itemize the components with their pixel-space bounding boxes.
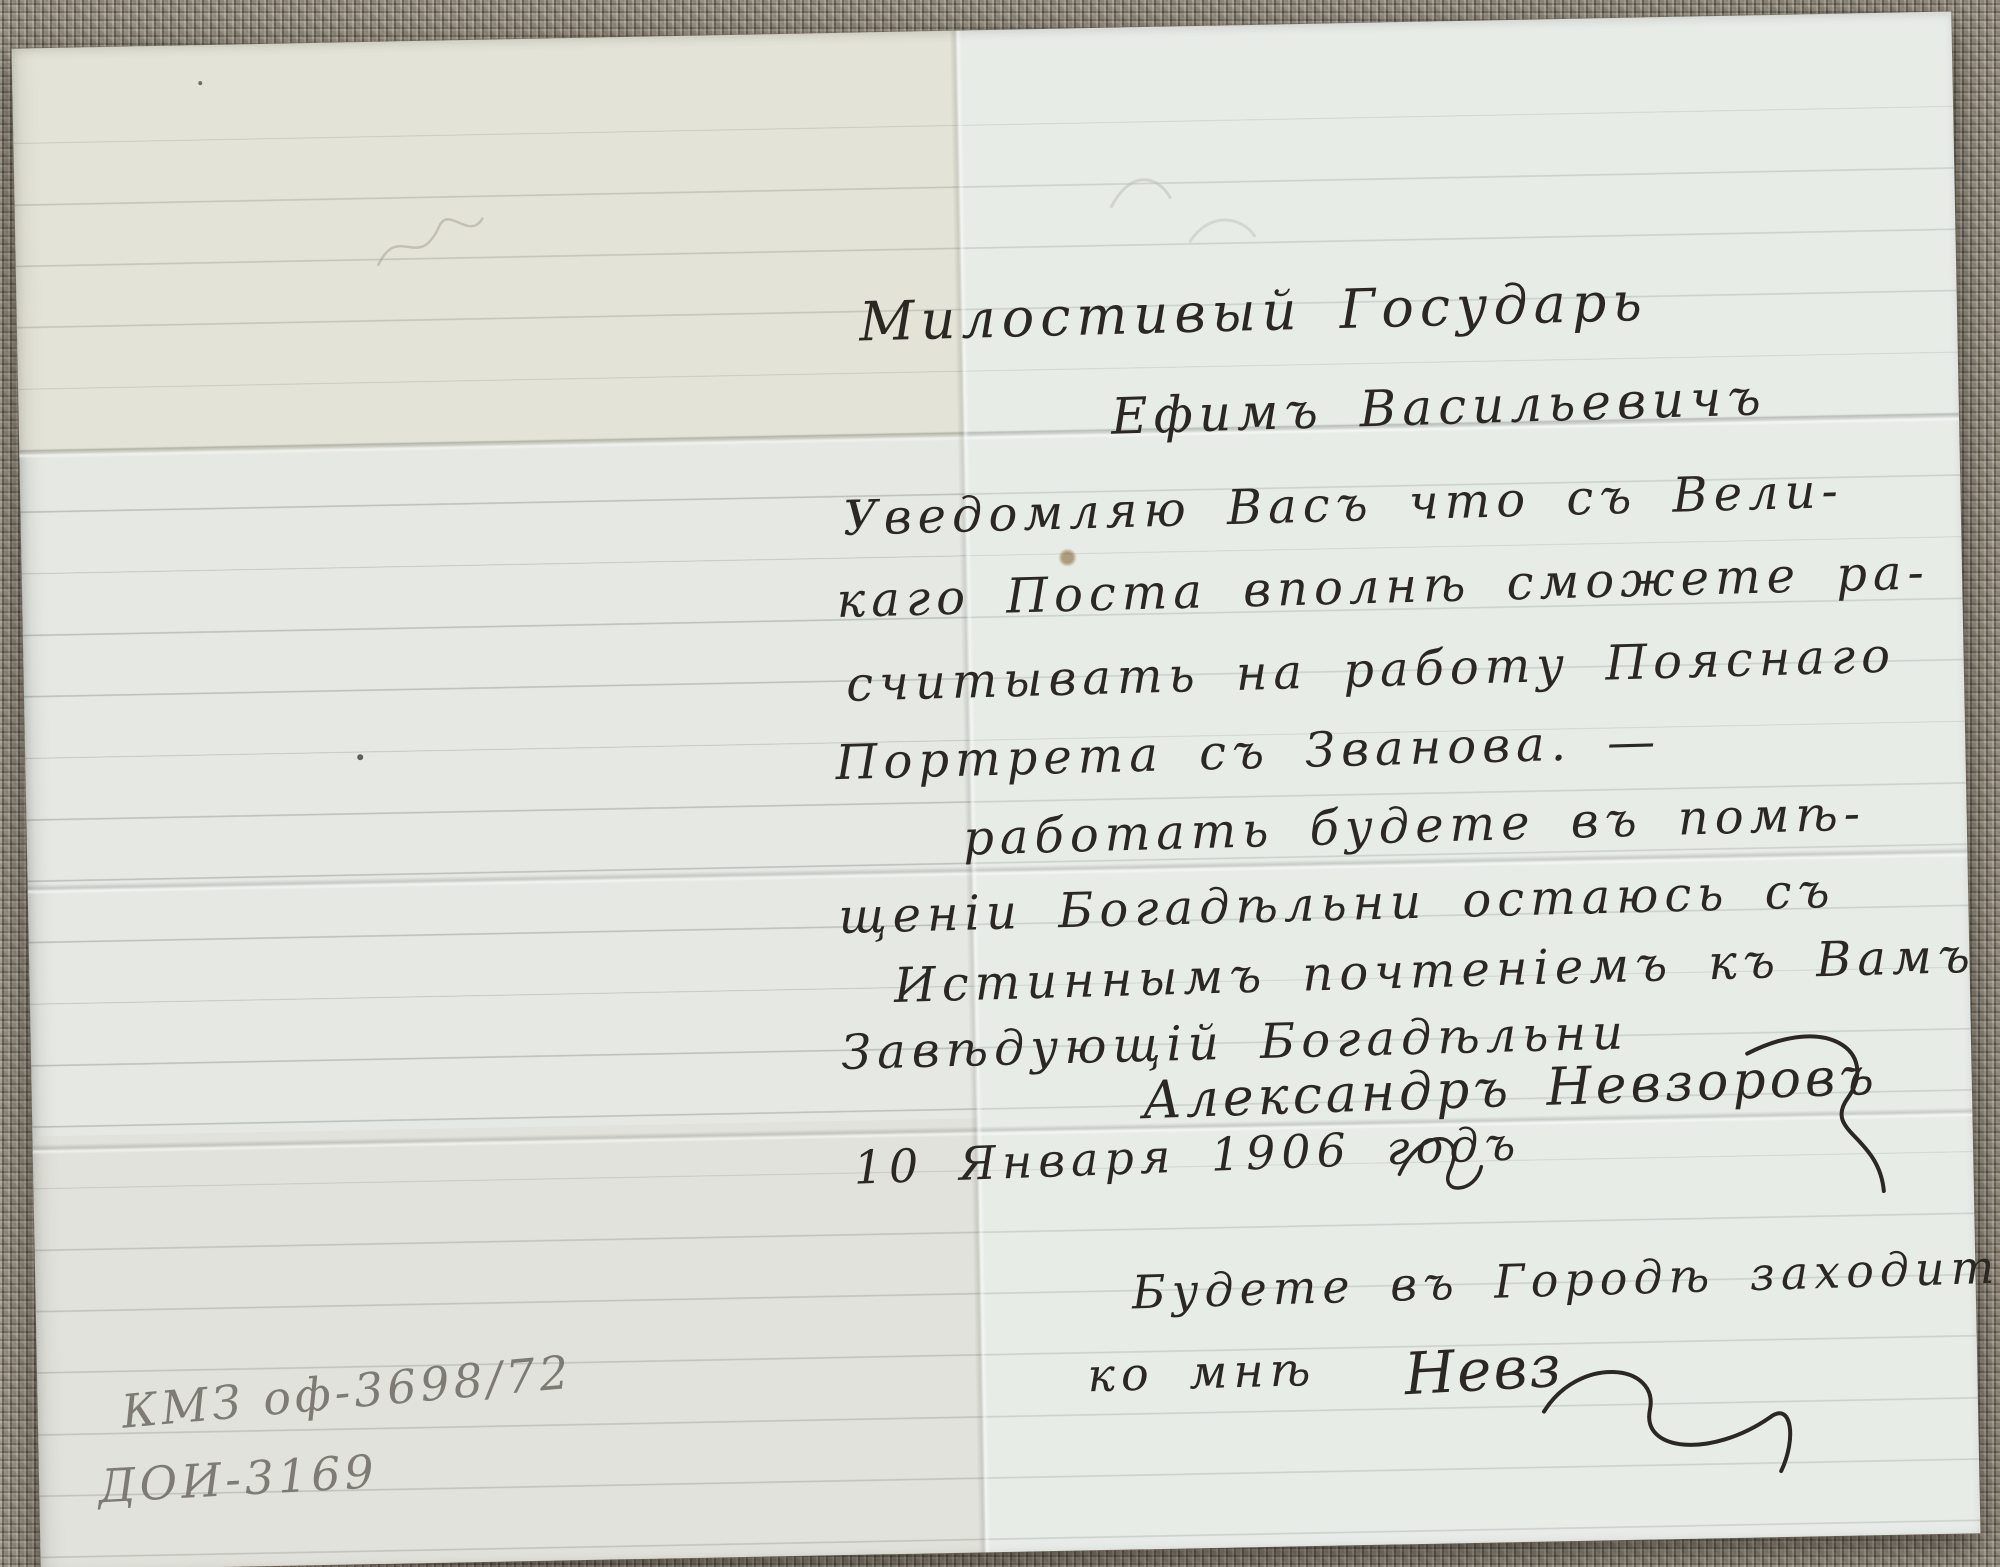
postscript-line: ко мнѣ <box>1087 1342 1317 1402</box>
ghost-mark <box>1092 153 1274 266</box>
photo-background: { "letter": { "salutation_line1": "Милос… <box>0 0 2000 1567</box>
letter-paper: Милостивый Государь Ефимъ Васильевичъ Ув… <box>12 12 1981 1567</box>
postscript-signature-flourish <box>1537 1345 1810 1510</box>
date-flourish <box>1392 1117 1489 1204</box>
pencil-scribble <box>365 198 497 290</box>
signature-flourish <box>1729 1019 1903 1212</box>
paper-speck <box>198 81 202 85</box>
ink-dot <box>357 754 363 760</box>
